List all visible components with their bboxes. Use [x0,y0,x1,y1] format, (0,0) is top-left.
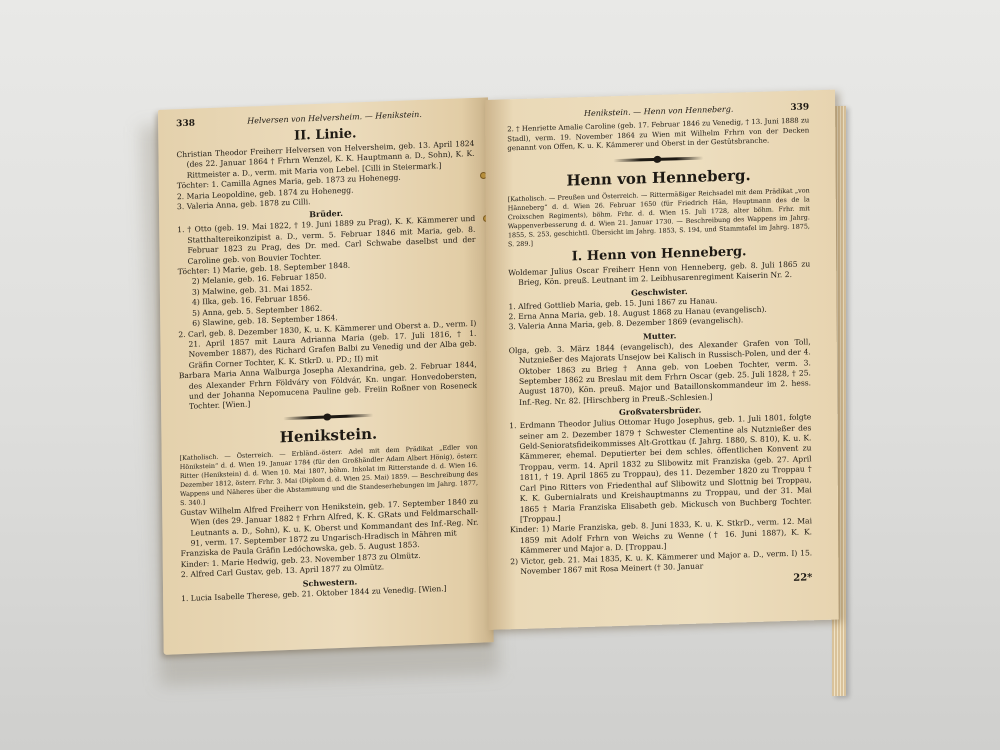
entry: 1. Erdmann Theodor Julius Ottomar Hugo J… [509,413,812,526]
ornament-divider [613,156,703,162]
page-number-left: 338 [176,119,195,130]
right-page: Henikstein. — Henn von Henneberg. 339 2.… [485,90,839,630]
page-number-right: 339 [790,102,809,113]
entry: Olga, geb. 3. März 1844 (evangelisch), d… [509,337,811,408]
left-page: 338 Helversen von Helversheim. — Henikst… [158,97,494,654]
carryover-entry: 2. † Henriette Amalie Caroline (geb. 17.… [507,116,809,154]
section-intro: [Katholisch. — Preußen und Österreich. —… [508,186,810,249]
ornament-divider [283,414,373,420]
